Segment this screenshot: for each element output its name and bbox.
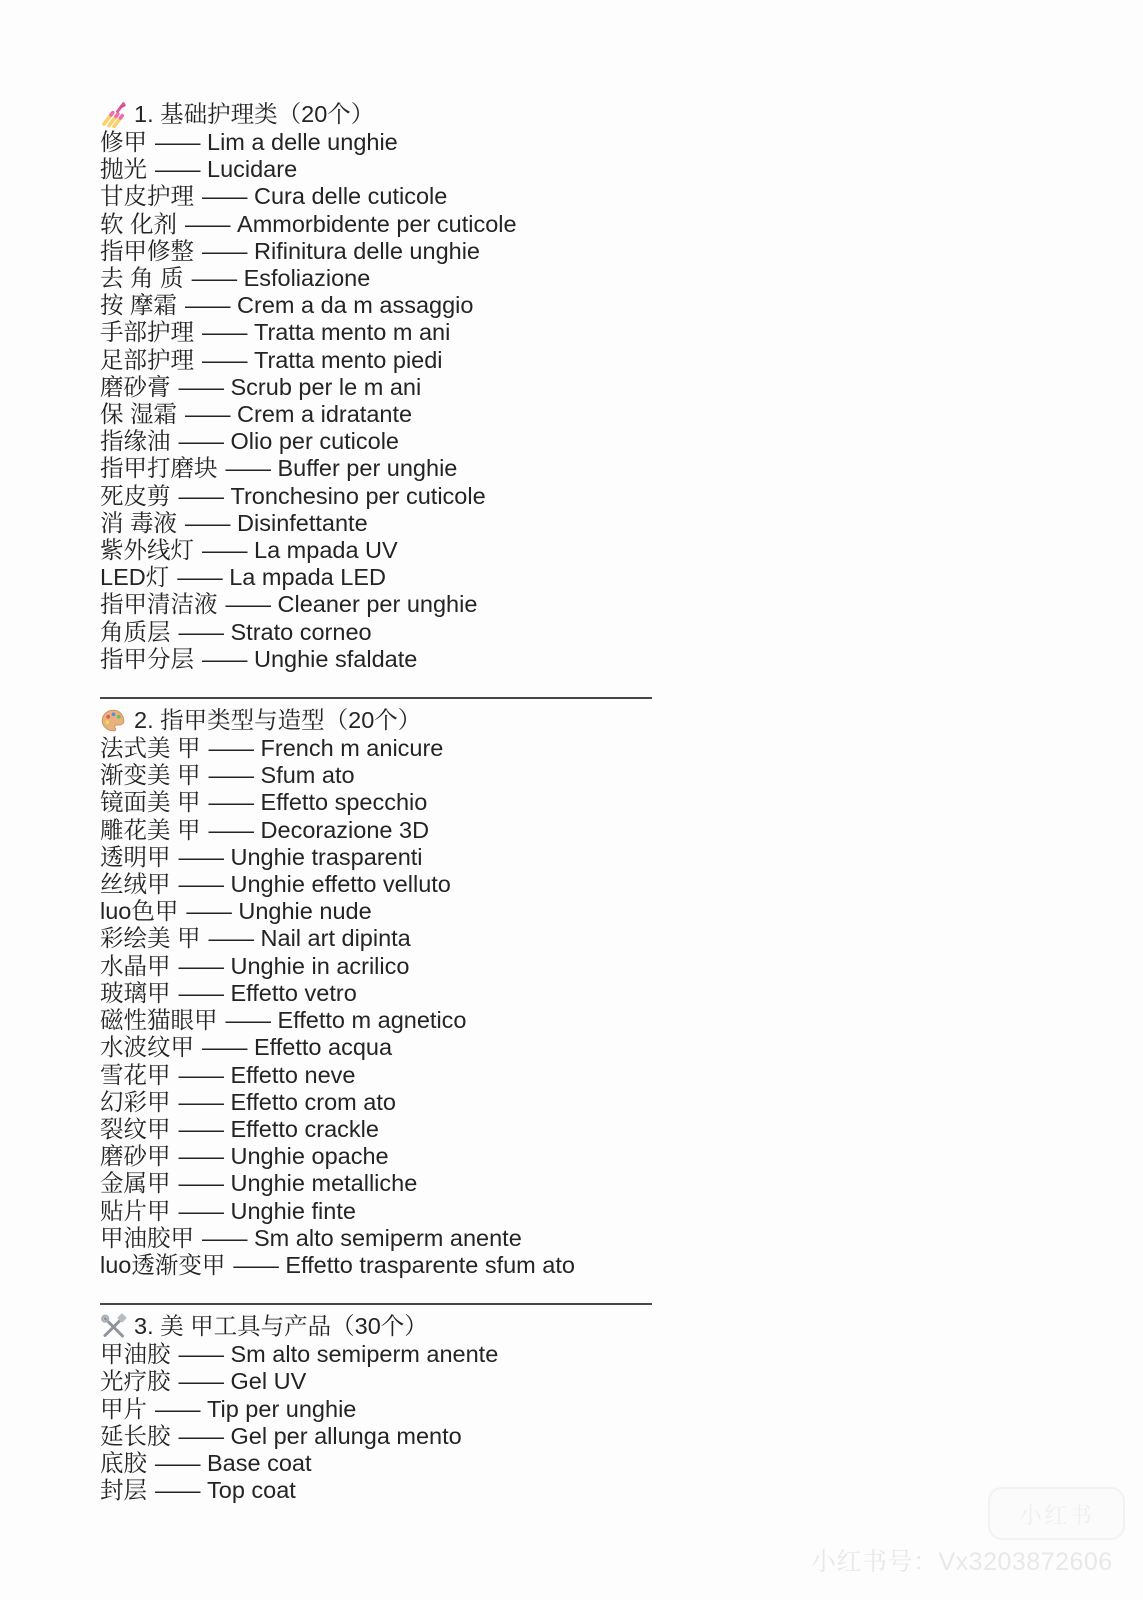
term-zh: 甲油胶甲 bbox=[100, 1225, 194, 1251]
term-it: Sm alto semiperm anente bbox=[231, 1341, 499, 1367]
term-it: Scrub per le m ani bbox=[231, 374, 422, 400]
term-it: Decorazione 3D bbox=[261, 817, 430, 843]
vocab-line: 紫外线灯——La mpada UV bbox=[100, 537, 1080, 564]
dash-separator: —— bbox=[155, 129, 199, 156]
vocab-line: 消 毒液——Disinfettante bbox=[100, 510, 1080, 537]
term-it: La mpada UV bbox=[254, 537, 398, 563]
term-it: Effetto m agnetico bbox=[278, 1007, 467, 1033]
dash-separator: —— bbox=[179, 1143, 223, 1170]
term-it: Nail art dipinta bbox=[261, 925, 411, 951]
term-it: Sfum ato bbox=[261, 762, 355, 788]
term-it: Lim a delle unghie bbox=[207, 129, 398, 155]
section-title: 2. 指甲类型与造型（20个） bbox=[134, 705, 421, 735]
dash-separator: —— bbox=[226, 591, 270, 618]
term-it: Base coat bbox=[207, 1450, 312, 1476]
dash-separator: —— bbox=[179, 1198, 223, 1225]
term-it: Unghie trasparenti bbox=[231, 844, 423, 870]
vocab-line: 甲油胶——Sm alto semiperm anente bbox=[100, 1341, 1080, 1368]
vocab-line: 修甲——Lim a delle unghie bbox=[100, 129, 1080, 156]
term-it: Rifinitura delle unghie bbox=[254, 238, 480, 264]
vocab-line: 去 角 质——Esfoliazione bbox=[100, 265, 1080, 292]
dash-separator: —— bbox=[177, 564, 221, 591]
term-it: Unghie metalliche bbox=[231, 1170, 418, 1196]
vocab-line: 幻彩甲——Effetto crom ato bbox=[100, 1089, 1080, 1116]
term-zh: 彩绘美 甲 bbox=[100, 925, 201, 951]
term-zh: 磨砂膏 bbox=[100, 374, 171, 400]
term-zh: 甲片 bbox=[100, 1396, 147, 1422]
term-zh: 指缘油 bbox=[100, 428, 171, 454]
vocab-line: 水波纹甲——Effetto acqua bbox=[100, 1034, 1080, 1061]
term-zh: 磁性猫眼甲 bbox=[100, 1007, 218, 1033]
term-it: Buffer per unghie bbox=[278, 455, 458, 481]
vocab-line: 指甲修整——Rifinitura delle unghie bbox=[100, 238, 1080, 265]
vocab-section: 3. 美 甲工具与产品（30个）甲油胶——Sm alto semiperm an… bbox=[100, 1311, 1080, 1504]
vocab-section: 2. 指甲类型与造型（20个）法式美 甲——French m anicure渐变… bbox=[100, 705, 1080, 1279]
term-it: La mpada LED bbox=[229, 564, 386, 590]
vocab-line: 丝绒甲——Unghie effetto velluto bbox=[100, 871, 1080, 898]
term-it: Effetto neve bbox=[231, 1062, 356, 1088]
dash-separator: —— bbox=[179, 871, 223, 898]
vocab-line: 磁性猫眼甲——Effetto m agnetico bbox=[100, 1007, 1080, 1034]
term-zh: 雕花美 甲 bbox=[100, 817, 201, 843]
term-it: Ammorbidente per cuticole bbox=[237, 211, 517, 237]
dash-separator: —— bbox=[185, 401, 229, 428]
term-it: Unghie in acrilico bbox=[231, 953, 410, 979]
term-it: Gel UV bbox=[231, 1368, 307, 1394]
dash-separator: —— bbox=[209, 925, 253, 952]
dash-separator: —— bbox=[209, 789, 253, 816]
vocab-line: luo色甲——Unghie nude bbox=[100, 898, 1080, 925]
term-zh: 裂纹甲 bbox=[100, 1116, 171, 1142]
term-zh: 光疗胶 bbox=[100, 1368, 171, 1394]
term-it: Tronchesino per cuticole bbox=[231, 483, 486, 509]
vocab-line: 雪花甲——Effetto neve bbox=[100, 1062, 1080, 1089]
term-it: French m anicure bbox=[261, 735, 444, 761]
term-it: Unghie finte bbox=[231, 1198, 356, 1224]
term-it: Unghie effetto velluto bbox=[231, 871, 451, 897]
vocab-line: 指缘油——Olio per cuticole bbox=[100, 428, 1080, 455]
dash-separator: —— bbox=[185, 211, 229, 238]
watermark-badge: 小红书 bbox=[988, 1487, 1125, 1540]
watermark-id: 小红书号：Vx3203872606 bbox=[811, 1542, 1113, 1578]
vocab-line: 水晶甲——Unghie in acrilico bbox=[100, 953, 1080, 980]
term-zh: 甲油胶 bbox=[100, 1341, 171, 1367]
vocab-line: 法式美 甲——French m anicure bbox=[100, 735, 1080, 762]
vocab-line: 延长胶——Gel per allunga mento bbox=[100, 1423, 1080, 1450]
term-zh: 水晶甲 bbox=[100, 953, 171, 979]
term-zh: 指甲打磨块 bbox=[100, 455, 218, 481]
dash-separator: —— bbox=[155, 1450, 199, 1477]
dash-separator: —— bbox=[233, 1252, 277, 1279]
dash-separator: —— bbox=[202, 1034, 246, 1061]
term-zh: 抛光 bbox=[100, 156, 147, 182]
term-zh: 手部护理 bbox=[100, 319, 194, 345]
term-zh: luo透渐变甲 bbox=[100, 1252, 225, 1278]
vocab-line: 指甲打磨块——Buffer per unghie bbox=[100, 455, 1080, 482]
nail-polish-icon bbox=[100, 101, 127, 128]
vocab-line: 甲片——Tip per unghie bbox=[100, 1396, 1080, 1423]
term-zh: 紫外线灯 bbox=[100, 537, 194, 563]
term-zh: 雪花甲 bbox=[100, 1062, 171, 1088]
term-zh: 足部护理 bbox=[100, 347, 194, 373]
vocab-line: 金属甲——Unghie metalliche bbox=[100, 1170, 1080, 1197]
dash-separator: —— bbox=[179, 953, 223, 980]
dash-separator: —— bbox=[202, 347, 246, 374]
vocab-line: 保 湿霜——Crem a idratante bbox=[100, 401, 1080, 428]
vocab-line: LED灯——La mpada LED bbox=[100, 564, 1080, 591]
vocab-line: 软 化剂——Ammorbidente per cuticole bbox=[100, 211, 1080, 238]
vocab-line: 指甲分层——Unghie sfaldate bbox=[100, 646, 1080, 673]
term-it: Effetto specchio bbox=[261, 789, 428, 815]
term-it: Disinfettante bbox=[237, 510, 368, 536]
term-zh: 消 毒液 bbox=[100, 510, 177, 536]
term-it: Unghie opache bbox=[231, 1143, 389, 1169]
vocab-line: 手部护理——Tratta mento m ani bbox=[100, 319, 1080, 346]
term-it: Crem a da m assaggio bbox=[237, 292, 473, 318]
vocab-line: 渐变美 甲——Sfum ato bbox=[100, 762, 1080, 789]
vocab-line: 抛光——Lucidare bbox=[100, 156, 1080, 183]
dash-separator: —— bbox=[155, 156, 199, 183]
term-zh: 软 化剂 bbox=[100, 211, 177, 237]
dash-separator: —— bbox=[179, 483, 223, 510]
watermark-badge-label: 小红书 bbox=[1019, 1497, 1094, 1530]
dash-separator: —— bbox=[209, 762, 253, 789]
term-it: Tratta mento m ani bbox=[254, 319, 450, 345]
term-zh: 底胶 bbox=[100, 1450, 147, 1476]
section-title: 1. 基础护理类（20个） bbox=[134, 99, 374, 129]
dash-separator: —— bbox=[155, 1477, 199, 1504]
dash-separator: —— bbox=[179, 844, 223, 871]
dash-separator: —— bbox=[209, 817, 253, 844]
term-zh: 玻璃甲 bbox=[100, 980, 171, 1006]
term-it: Effetto acqua bbox=[254, 1034, 392, 1060]
term-zh: 磨砂甲 bbox=[100, 1143, 171, 1169]
term-zh: 指甲清洁液 bbox=[100, 591, 218, 617]
term-zh: 法式美 甲 bbox=[100, 735, 201, 761]
vocab-line: 按 摩霜——Crem a da m assaggio bbox=[100, 292, 1080, 319]
section-header: 3. 美 甲工具与产品（30个） bbox=[100, 1311, 1080, 1341]
section-divider bbox=[100, 1303, 652, 1305]
vocab-line: 裂纹甲——Effetto crackle bbox=[100, 1116, 1080, 1143]
vocab-line: luo透渐变甲——Effetto trasparente sfum ato bbox=[100, 1252, 1080, 1279]
term-it: Crem a idratante bbox=[237, 401, 412, 427]
vocab-line: 雕花美 甲——Decorazione 3D bbox=[100, 817, 1080, 844]
vocab-line: 甲油胶甲——Sm alto semiperm anente bbox=[100, 1225, 1080, 1252]
dash-separator: —— bbox=[179, 428, 223, 455]
section-title: 3. 美 甲工具与产品（30个） bbox=[134, 1311, 428, 1341]
dash-separator: —— bbox=[186, 898, 230, 925]
term-zh: 指甲分层 bbox=[100, 646, 194, 672]
dash-separator: —— bbox=[179, 1116, 223, 1143]
vocabulary-document: 1. 基础护理类（20个）修甲——Lim a delle unghie抛光——L… bbox=[100, 99, 1080, 1504]
term-it: Effetto crom ato bbox=[231, 1089, 396, 1115]
term-zh: 封层 bbox=[100, 1477, 147, 1503]
term-it: Tratta mento piedi bbox=[254, 347, 443, 373]
term-it: Sm alto semiperm anente bbox=[254, 1225, 522, 1251]
vocab-section: 1. 基础护理类（20个）修甲——Lim a delle unghie抛光——L… bbox=[100, 99, 1080, 673]
term-it: Unghie nude bbox=[238, 898, 371, 924]
term-zh: LED灯 bbox=[100, 564, 169, 590]
term-it: Gel per allunga mento bbox=[231, 1423, 462, 1449]
term-zh: 修甲 bbox=[100, 129, 147, 155]
term-it: Lucidare bbox=[207, 156, 297, 182]
term-zh: 按 摩霜 bbox=[100, 292, 177, 318]
vocab-line: 透明甲——Unghie trasparenti bbox=[100, 844, 1080, 871]
dash-separator: —— bbox=[185, 510, 229, 537]
section-divider bbox=[100, 697, 652, 699]
term-it: Cleaner per unghie bbox=[278, 591, 478, 617]
term-zh: luo色甲 bbox=[100, 898, 178, 924]
dash-separator: —— bbox=[179, 619, 223, 646]
term-zh: 去 角 质 bbox=[100, 265, 184, 291]
term-zh: 透明甲 bbox=[100, 844, 171, 870]
dash-separator: —— bbox=[226, 1007, 270, 1034]
vocab-line: 指甲清洁液——Cleaner per unghie bbox=[100, 591, 1080, 618]
vocab-line: 彩绘美 甲——Nail art dipinta bbox=[100, 925, 1080, 952]
vocab-line: 磨砂膏——Scrub per le m ani bbox=[100, 374, 1080, 401]
term-zh: 镜面美 甲 bbox=[100, 789, 201, 815]
dash-separator: —— bbox=[179, 374, 223, 401]
term-it: Tip per unghie bbox=[207, 1396, 356, 1422]
vocab-line: 贴片甲——Unghie finte bbox=[100, 1198, 1080, 1225]
vocab-line: 角质层——Strato corneo bbox=[100, 619, 1080, 646]
term-it: Unghie sfaldate bbox=[254, 646, 417, 672]
dash-separator: —— bbox=[179, 1170, 223, 1197]
section-header: 2. 指甲类型与造型（20个） bbox=[100, 705, 1080, 735]
dash-separator: —— bbox=[202, 238, 246, 265]
tools-icon bbox=[100, 1313, 127, 1340]
dash-separator: —— bbox=[202, 183, 246, 210]
term-it: Effetto crackle bbox=[231, 1116, 379, 1142]
dash-separator: —— bbox=[179, 1423, 223, 1450]
vocab-line: 光疗胶——Gel UV bbox=[100, 1368, 1080, 1395]
palette-icon bbox=[100, 707, 127, 734]
term-it: Effetto vetro bbox=[231, 980, 357, 1006]
vocab-line: 足部护理——Tratta mento piedi bbox=[100, 347, 1080, 374]
dash-separator: —— bbox=[179, 980, 223, 1007]
vocab-line: 镜面美 甲——Effetto specchio bbox=[100, 789, 1080, 816]
term-it: Strato corneo bbox=[231, 619, 372, 645]
dash-separator: —— bbox=[202, 646, 246, 673]
vocab-line: 甘皮护理——Cura delle cuticole bbox=[100, 183, 1080, 210]
term-zh: 贴片甲 bbox=[100, 1198, 171, 1224]
dash-separator: —— bbox=[179, 1368, 223, 1395]
dash-separator: —— bbox=[209, 735, 253, 762]
dash-separator: —— bbox=[202, 537, 246, 564]
term-zh: 渐变美 甲 bbox=[100, 762, 201, 788]
term-zh: 指甲修整 bbox=[100, 238, 194, 264]
term-it: Esfoliazione bbox=[244, 265, 371, 291]
term-it: Top coat bbox=[207, 1477, 296, 1503]
section-header: 1. 基础护理类（20个） bbox=[100, 99, 1080, 129]
dash-separator: —— bbox=[185, 292, 229, 319]
vocab-line: 死皮剪——Tronchesino per cuticole bbox=[100, 483, 1080, 510]
vocab-line: 玻璃甲——Effetto vetro bbox=[100, 980, 1080, 1007]
vocab-line: 底胶——Base coat bbox=[100, 1450, 1080, 1477]
term-it: Effetto trasparente sfum ato bbox=[285, 1252, 575, 1278]
vocab-line: 磨砂甲——Unghie opache bbox=[100, 1143, 1080, 1170]
dash-separator: —— bbox=[192, 265, 236, 292]
dash-separator: —— bbox=[226, 455, 270, 482]
vocab-line: 封层——Top coat bbox=[100, 1477, 1080, 1504]
term-zh: 金属甲 bbox=[100, 1170, 171, 1196]
term-zh: 角质层 bbox=[100, 619, 171, 645]
term-zh: 丝绒甲 bbox=[100, 871, 171, 897]
term-zh: 保 湿霜 bbox=[100, 401, 177, 427]
term-it: Olio per cuticole bbox=[231, 428, 400, 454]
term-zh: 幻彩甲 bbox=[100, 1089, 171, 1115]
dash-separator: —— bbox=[179, 1089, 223, 1116]
term-zh: 延长胶 bbox=[100, 1423, 171, 1449]
term-zh: 甘皮护理 bbox=[100, 183, 194, 209]
dash-separator: —— bbox=[202, 319, 246, 346]
term-it: Cura delle cuticole bbox=[254, 183, 447, 209]
dash-separator: —— bbox=[179, 1341, 223, 1368]
term-zh: 死皮剪 bbox=[100, 483, 171, 509]
dash-separator: —— bbox=[202, 1225, 246, 1252]
dash-separator: —— bbox=[179, 1062, 223, 1089]
term-zh: 水波纹甲 bbox=[100, 1034, 194, 1060]
dash-separator: —— bbox=[155, 1396, 199, 1423]
